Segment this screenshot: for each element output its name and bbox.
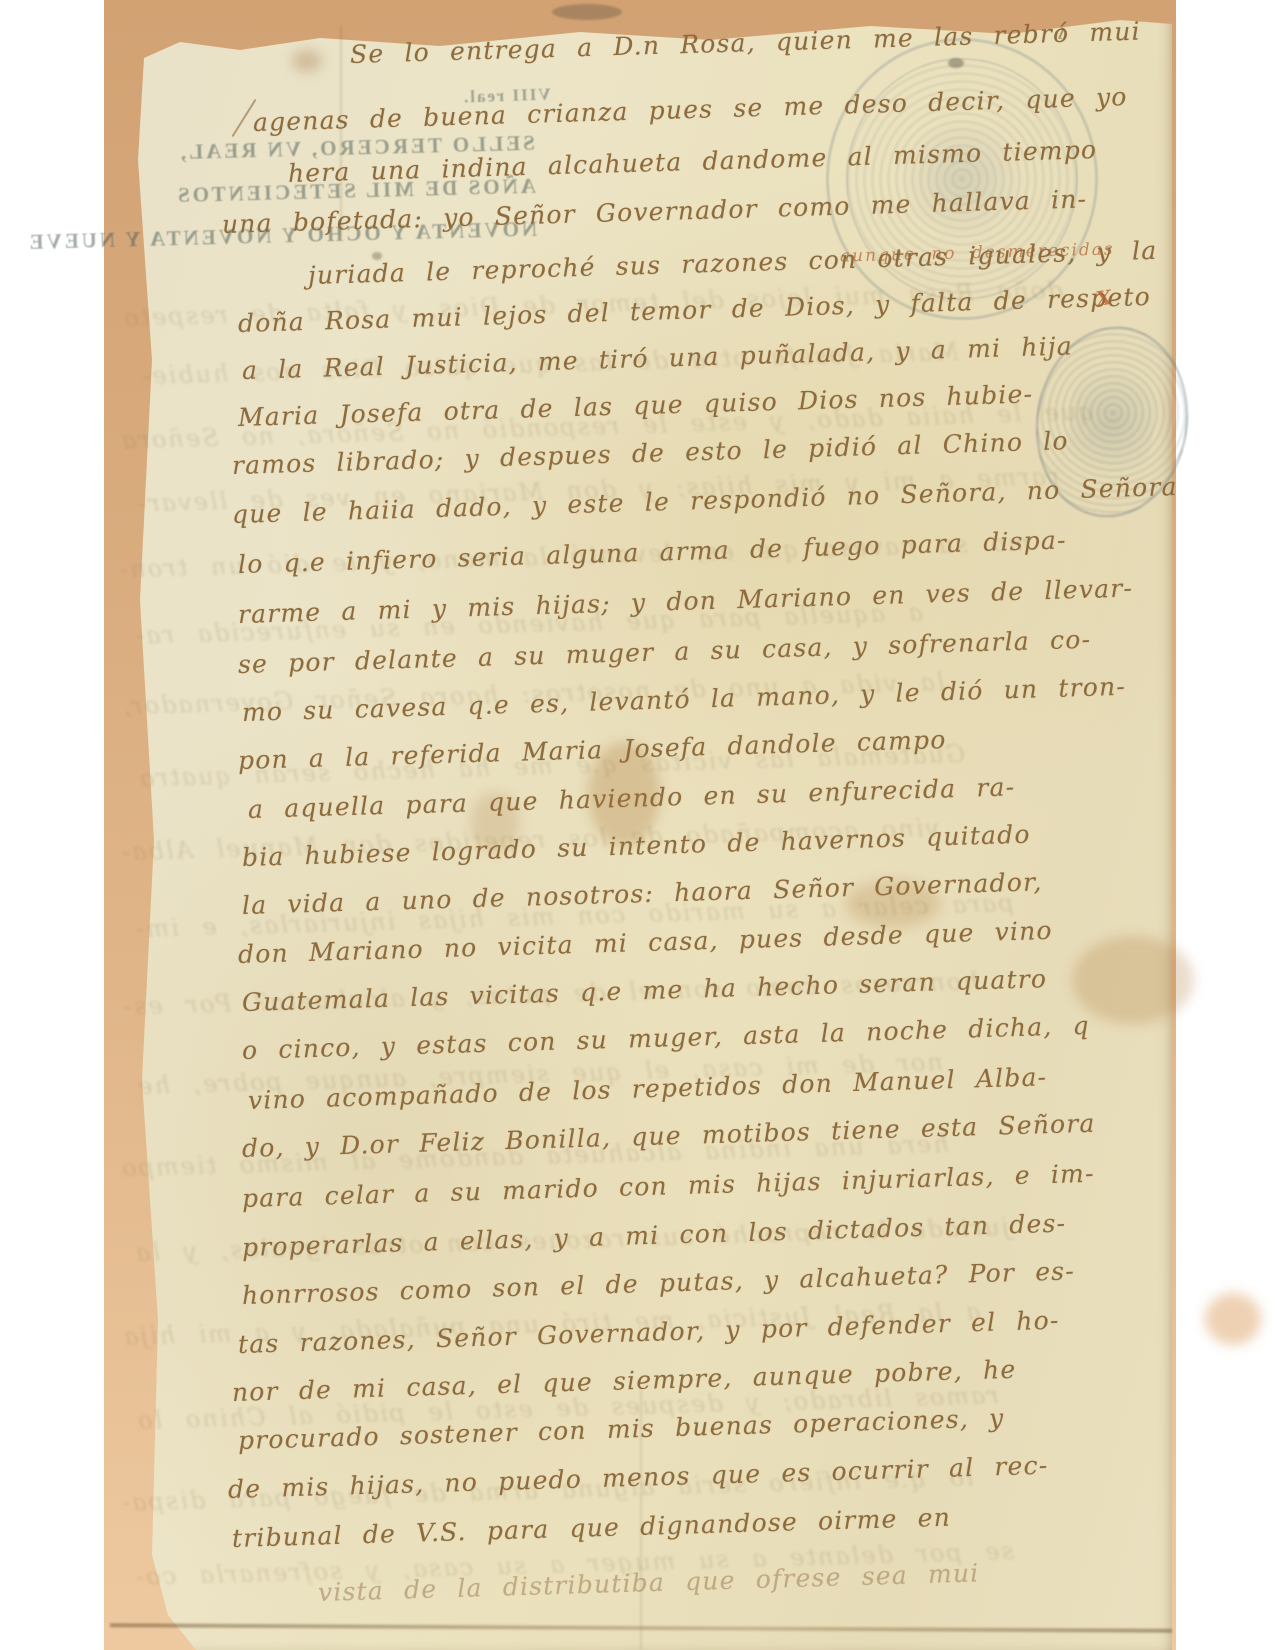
sello-tercero-stamp-bleedthrough: SELLO TERCERO, VN REAL, AÑOS DE MIL SETE… [204,122,537,260]
ink-speck [372,252,382,260]
margin-cross-mark: X [1094,285,1113,311]
ink-speck [948,58,964,68]
seal-center [904,116,1020,242]
scanned-manuscript-page: doña Rosa mui lejos del temor de Dios, y… [0,0,1275,1650]
crease-line [340,26,342,236]
ink-smudge [552,4,622,20]
stain [470,792,520,852]
stain [588,742,660,846]
crease-line [640,1390,642,1650]
stain [845,880,940,928]
stain [1205,1293,1261,1345]
stain [1072,936,1194,1024]
foxing-spot [292,50,322,72]
